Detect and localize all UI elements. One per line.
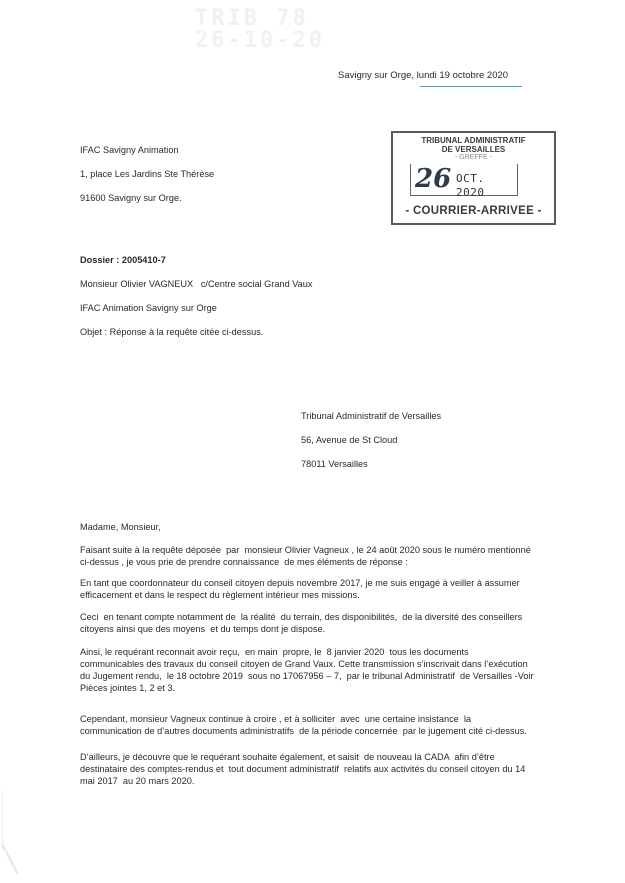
date-underline xyxy=(420,86,522,87)
paragraph-line: Faisant suite à la requête déposée par m… xyxy=(80,544,550,556)
paragraph-line: Ainsi, le requérant reconnait avoir reçu… xyxy=(80,646,550,658)
paragraph-line: communication de d’autres documents admi… xyxy=(80,725,550,737)
stamp-day: 26 xyxy=(415,165,451,193)
watermark-line-2: 26-10-20 xyxy=(195,30,325,52)
respondent: IFAC Animation Savigny sur Orge xyxy=(80,302,217,314)
stamp-court-line-1: TRIBUNAL ADMINISTRATIF xyxy=(393,136,554,145)
body-paragraph-1: Faisant suite à la requête déposée par m… xyxy=(80,544,550,568)
body-paragraph-6: D’ailleurs, je découvre que le requérant… xyxy=(80,751,550,787)
body-paragraph-4: Ainsi, le requérant reconnait avoir reçu… xyxy=(80,646,550,694)
paragraph-line: D’ailleurs, je découvre que le requérant… xyxy=(80,751,550,763)
recipient-address-1: 56, Avenue de St Cloud xyxy=(301,434,397,446)
sender-address-2: 91600 Savigny sur Orge. xyxy=(80,192,182,204)
stamp-month-year: OCT. 2020 xyxy=(456,172,517,200)
reception-stamp: TRIBUNAL ADMINISTRATIF DE VERSAILLES - G… xyxy=(391,131,556,225)
place-date: Savigny sur Orge, lundi 19 octobre 2020 xyxy=(338,70,508,82)
body-paragraph-3: Ceci en tenant compte notamment de la ré… xyxy=(80,611,550,635)
paragraph-line: du Jugement rendu, le 18 octobre 2019 so… xyxy=(80,670,550,682)
subject-line: Objet : Réponse à la requête citée ci-de… xyxy=(80,326,263,338)
body-paragraph-2: En tant que coordonnateur du conseil cit… xyxy=(80,577,550,601)
watermark-line-1: TRIB 78 xyxy=(195,8,325,30)
paragraph-line: Ceci en tenant compte notamment de la ré… xyxy=(80,611,550,623)
paragraph-line: Pièces jointes 1, 2 et 3. xyxy=(80,682,550,694)
scan-watermark: TRIB 78 26-10-20 xyxy=(195,8,325,52)
dossier-number: Dossier : 2005410-7 xyxy=(80,254,166,266)
paragraph-line: Cependant, monsieur Vagneux continue à c… xyxy=(80,713,550,725)
scan-scratch-mark xyxy=(1,844,19,875)
sender-name: IFAC Savigny Animation xyxy=(80,144,179,156)
stamp-office: - GREFFE - xyxy=(393,154,554,162)
sender-address-1: 1, place Les Jardins Ste Thérèse xyxy=(80,168,214,180)
paragraph-line: mai 2017 au 20 mars 2020. xyxy=(80,775,550,787)
stamp-court-line-2: DE VERSAILLES xyxy=(393,145,554,154)
salutation: Madame, Monsieur, xyxy=(80,521,161,533)
recipient-address-2: 78011 Versailles xyxy=(301,458,368,470)
paragraph-line: citoyens ainsi que des moyens et du temp… xyxy=(80,623,550,635)
case-parties: Monsieur Olivier VAGNEUX c/Centre social… xyxy=(80,278,313,290)
paragraph-line: communicables des travaux du conseil cit… xyxy=(80,658,550,670)
stamp-date-box: 26 OCT. 2020 xyxy=(410,164,518,196)
scan-edge-mark xyxy=(2,790,3,850)
paragraph-line: ci-dessus , je vous prie de prendre conn… xyxy=(80,556,550,568)
paragraph-line: destinataire des comptes-rendus et tout … xyxy=(80,763,550,775)
paragraph-line: En tant que coordonnateur du conseil cit… xyxy=(80,577,550,589)
body-paragraph-5: Cependant, monsieur Vagneux continue à c… xyxy=(80,713,550,737)
paragraph-line: efficacement et dans le respect du règle… xyxy=(80,589,550,601)
recipient-name: Tribunal Administratif de Versailles xyxy=(301,410,441,422)
stamp-label: - COURRIER-ARRIVEE - xyxy=(393,205,554,218)
